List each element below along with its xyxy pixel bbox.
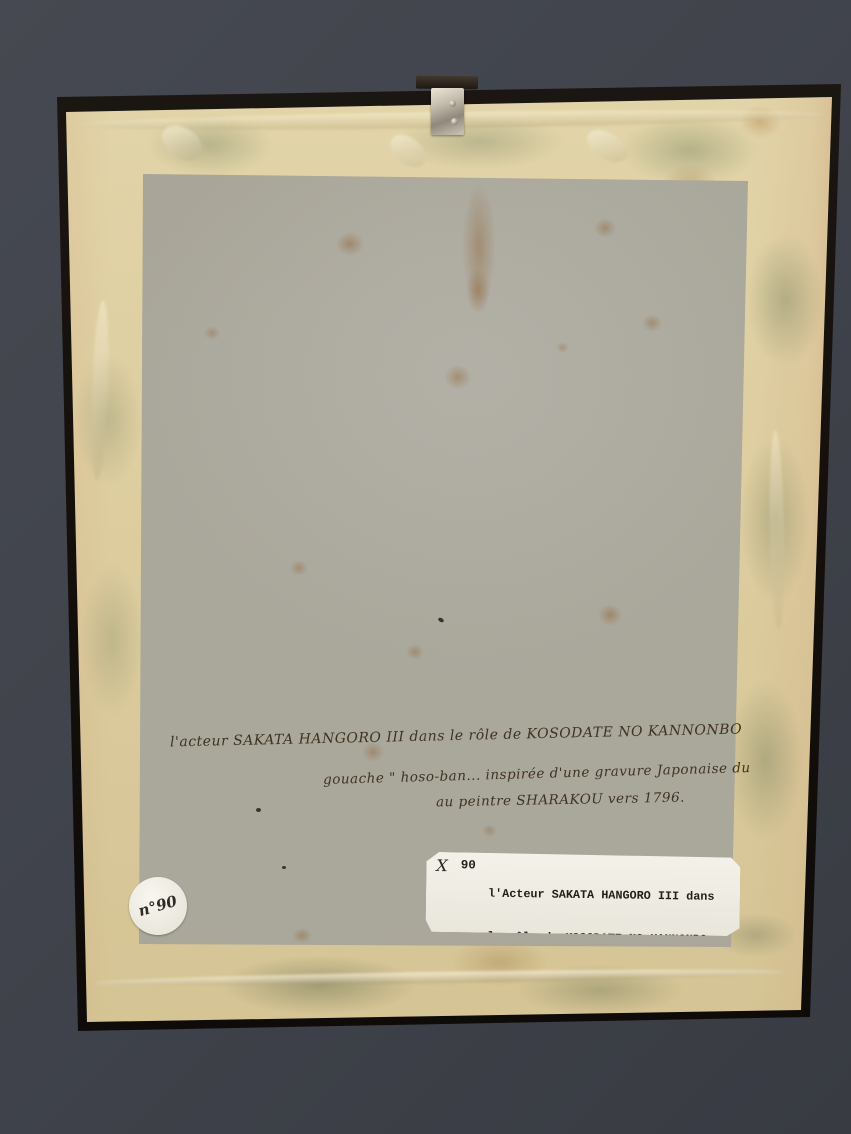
hanger-plate bbox=[431, 88, 464, 135]
label-gutter: X 90 bbox=[436, 858, 489, 928]
hanger-screw bbox=[449, 100, 456, 107]
label-x-mark: X bbox=[436, 858, 448, 873]
label-line: l'Acteur SAKATA HANGORO III dans bbox=[488, 887, 715, 904]
round-sticker: n°90 bbox=[129, 877, 187, 935]
label-lot-number: 90 bbox=[461, 858, 476, 873]
photo-backdrop: l'acteur SAKATA HANGORO III dans le rôle… bbox=[0, 0, 851, 1134]
sticker-number: n°90 bbox=[137, 892, 180, 920]
label-text-block: l'Acteur SAKATA HANGORO III dans le rôle… bbox=[488, 859, 715, 931]
label-line: Peintre SHARAKOU vers 1796. bbox=[486, 1058, 713, 1075]
hanger-screw bbox=[451, 118, 458, 125]
typed-label: X 90 l'Acteur SAKATA HANGORO III dans le… bbox=[425, 852, 740, 936]
